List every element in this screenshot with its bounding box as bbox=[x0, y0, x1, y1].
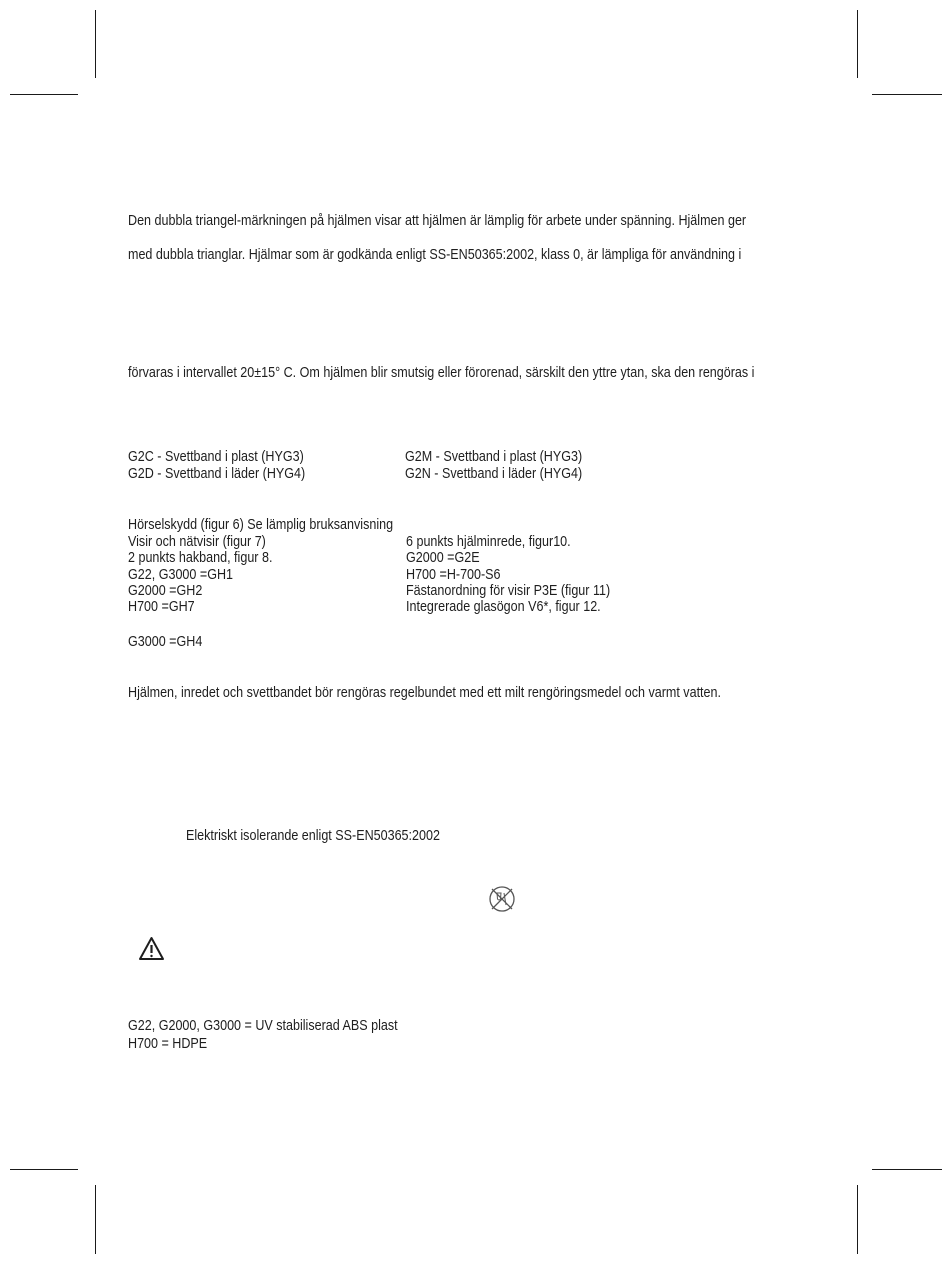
sweatband-item: G2N - Svettband i läder (HYG4) bbox=[405, 466, 582, 483]
accessory-item: G3000 =GH4 bbox=[128, 634, 202, 651]
accessory-item: G22, G3000 =GH1 bbox=[128, 567, 233, 584]
crop-mark-bottom-left-vertical bbox=[95, 1185, 96, 1254]
material-item: G22, G2000, G3000 = UV stabiliserad ABS … bbox=[128, 1018, 398, 1035]
crop-mark-top-right-vertical bbox=[857, 10, 858, 78]
storage-paragraph-line: förvaras i intervallet 20±15° C. Om hjäl… bbox=[128, 365, 754, 382]
accessory-item: Integrerade glasögon V6*, figur 12. bbox=[406, 599, 601, 616]
accessory-item: G2000 =GH2 bbox=[128, 583, 202, 600]
accessory-item: 6 punkts hjälminrede, figur10. bbox=[406, 534, 571, 551]
accessory-item: 2 punkts hakband, figur 8. bbox=[128, 550, 272, 567]
accessories-heading: Hörselskydd (figur 6) Se lämplig bruksan… bbox=[128, 517, 393, 534]
voltage-paragraph-line-1: Den dubbla triangel-märkningen på hjälme… bbox=[128, 213, 746, 230]
crop-mark-bottom-right-vertical bbox=[857, 1185, 858, 1254]
crop-mark-bottom-right-horizontal bbox=[872, 1169, 942, 1170]
accessory-item: Visir och nätvisir (figur 7) bbox=[128, 534, 266, 551]
accessory-item: H700 =H-700-S6 bbox=[406, 567, 501, 584]
crossed-circle-icon bbox=[488, 885, 516, 913]
crop-mark-top-right-horizontal bbox=[872, 94, 942, 95]
accessory-item: G2000 =G2E bbox=[406, 550, 480, 567]
material-item: H700 = HDPE bbox=[128, 1036, 207, 1053]
sweatband-item: G2C - Svettband i plast (HYG3) bbox=[128, 449, 304, 466]
accessory-item: Fästanordning för visir P3E (figur 11) bbox=[406, 583, 610, 600]
sweatband-item: G2M - Svettband i plast (HYG3) bbox=[405, 449, 582, 466]
warning-triangle-icon bbox=[138, 936, 165, 961]
voltage-paragraph-line-2: med dubbla trianglar. Hjälmar som är god… bbox=[128, 247, 741, 264]
crop-mark-top-left-vertical bbox=[95, 10, 96, 78]
insulation-statement: Elektriskt isolerande enligt SS-EN50365:… bbox=[186, 828, 440, 845]
crop-mark-bottom-left-horizontal bbox=[10, 1169, 78, 1170]
sweatband-item: G2D - Svettband i läder (HYG4) bbox=[128, 466, 305, 483]
crop-mark-top-left-horizontal bbox=[10, 94, 78, 95]
accessory-item: H700 =GH7 bbox=[128, 599, 195, 616]
cleaning-instruction: Hjälmen, inredet och svettbandet bör ren… bbox=[128, 685, 721, 702]
